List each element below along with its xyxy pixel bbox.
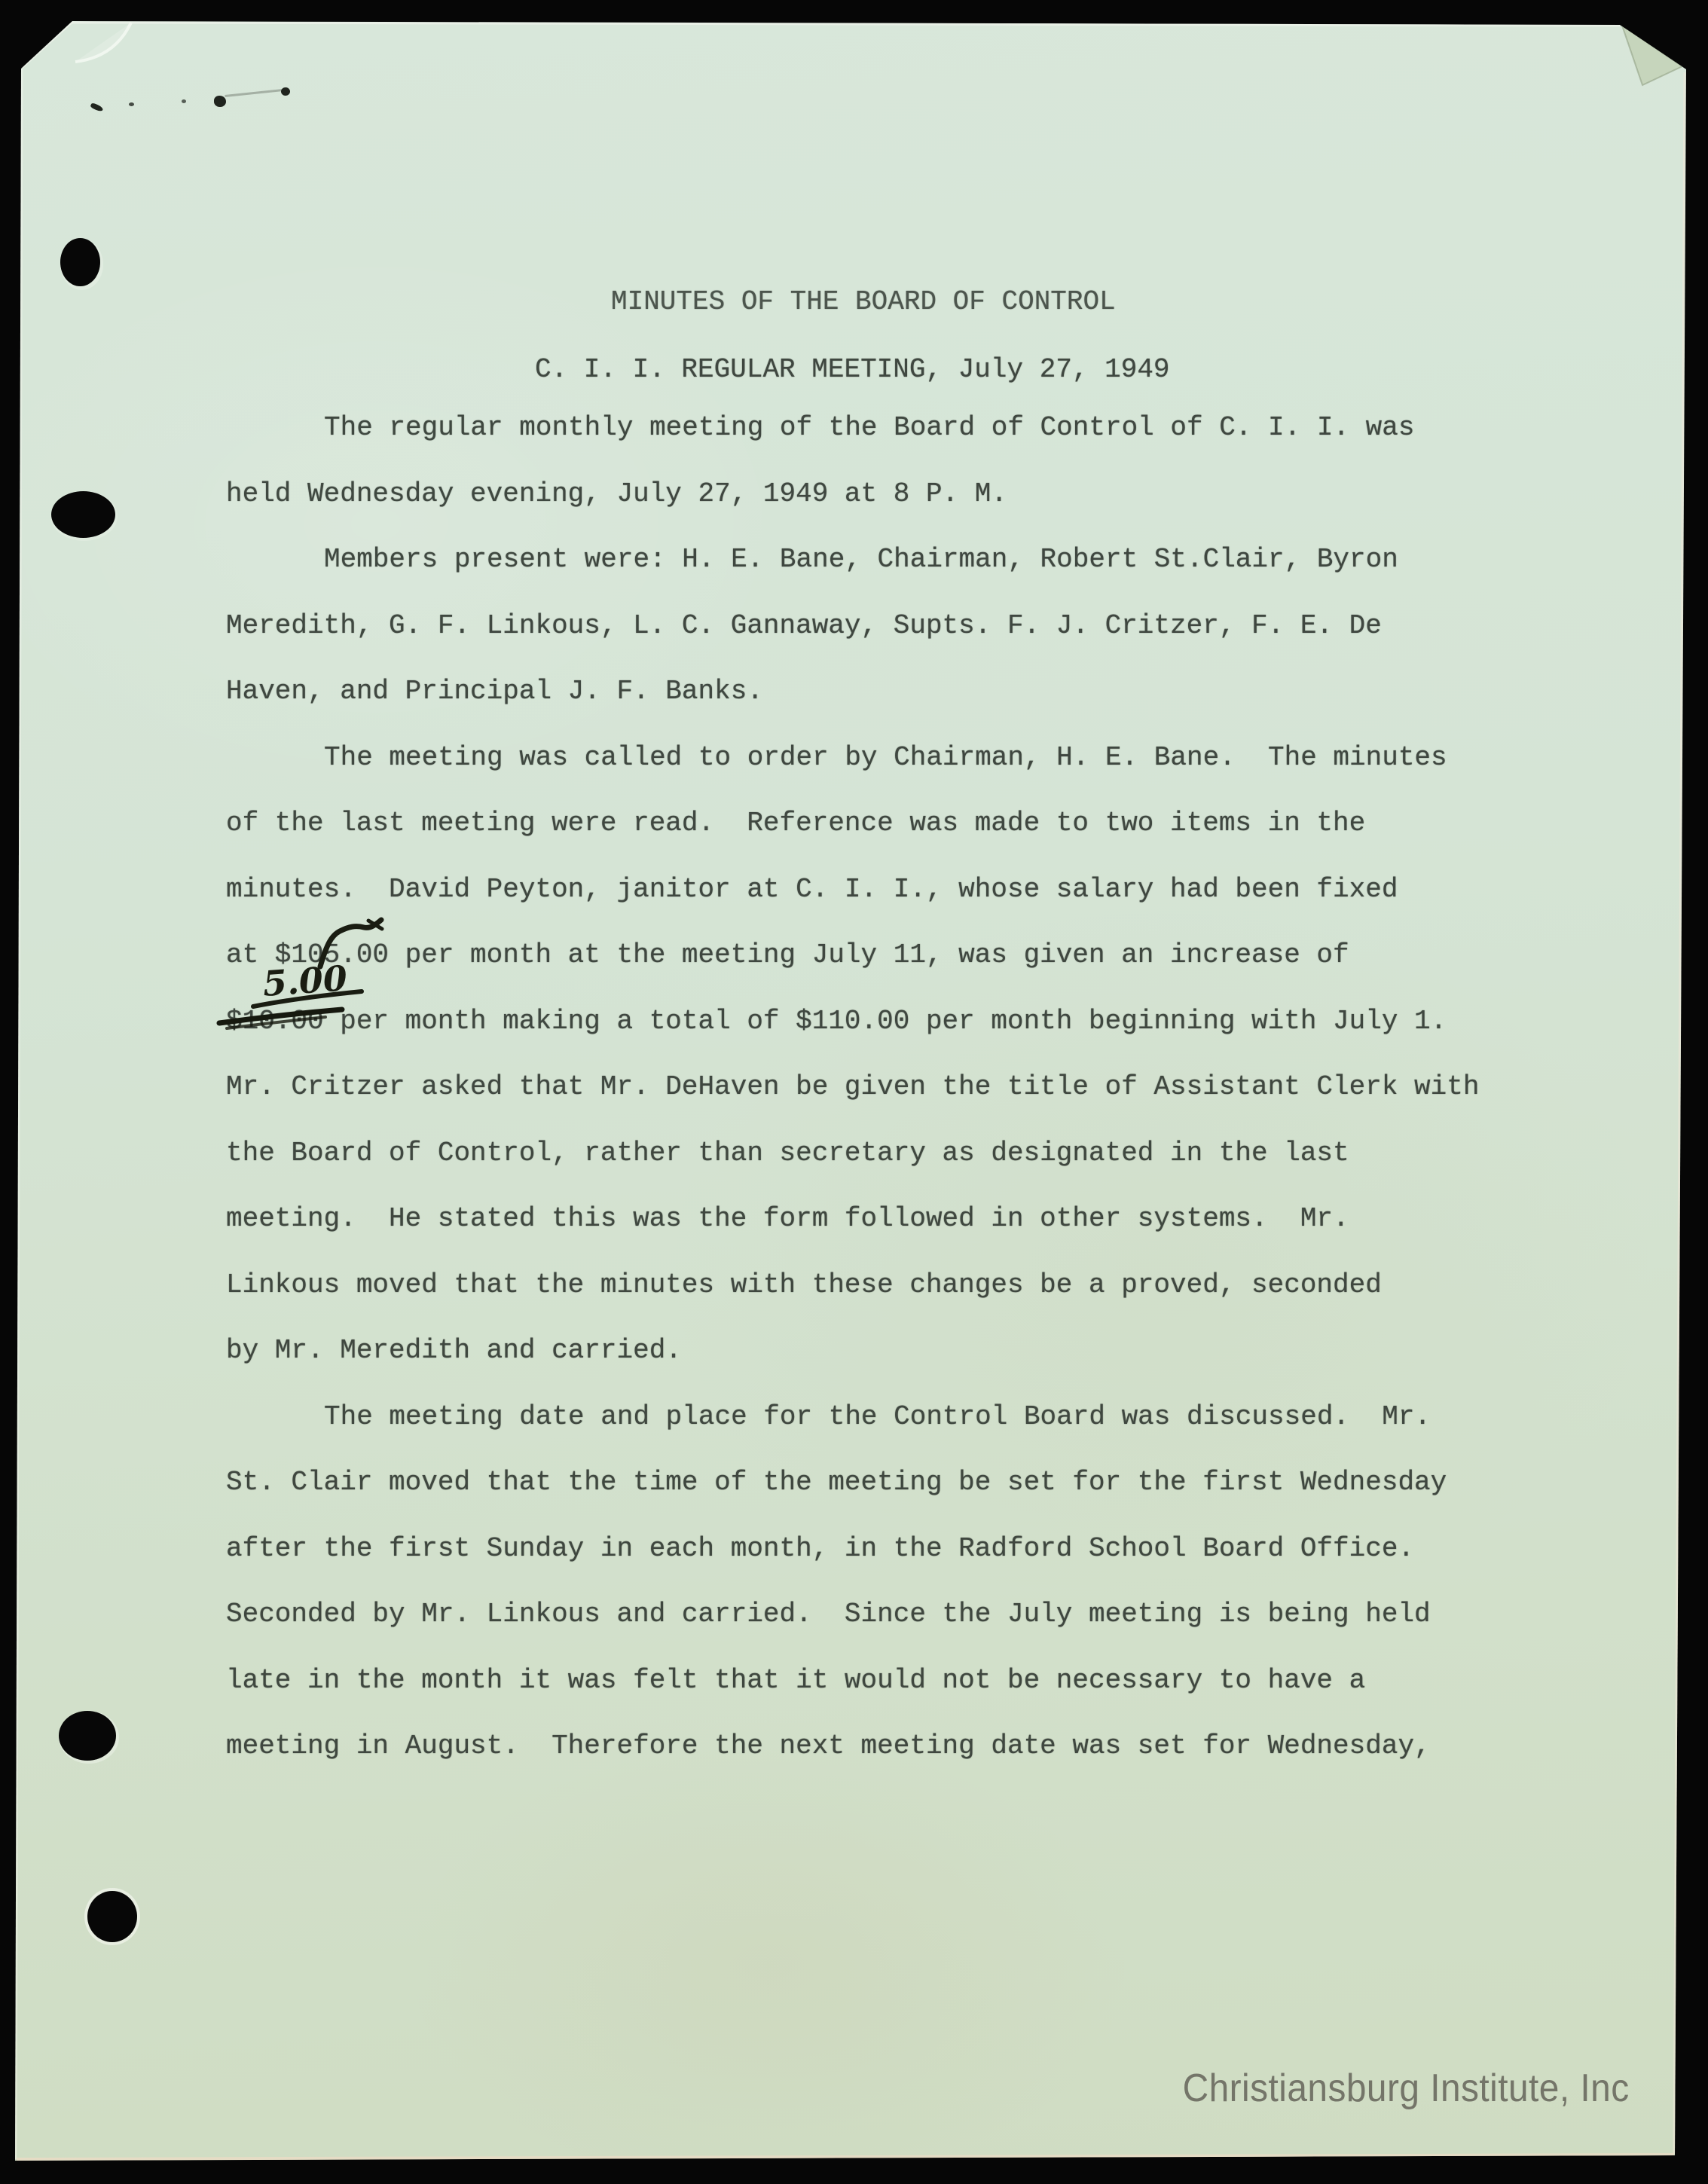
document-subtitle: C. I. I. REGULAR MEETING, July 27, 1949 (535, 354, 1170, 385)
pencil-smudge (129, 102, 134, 106)
typed-line: at $105.00 per month at the meeting July… (226, 922, 1479, 988)
typed-line: Linkous moved that the minutes with thes… (226, 1252, 1479, 1318)
typed-line: by Mr. Meredith and carried. (226, 1318, 1479, 1384)
typed-line: meeting. He stated this was the form fol… (226, 1186, 1479, 1252)
typed-line: St. Clair moved that the time of the mee… (226, 1449, 1479, 1516)
typed-line: Members present were: H. E. Bane, Chairm… (226, 527, 1479, 593)
scan-background: MINUTES OF THE BOARD OF CONTROL C. I. I.… (0, 0, 1708, 2184)
typed-line: late in the month it was felt that it wo… (226, 1648, 1479, 1714)
punch-hole (59, 1711, 116, 1761)
paper-top-edge (72, 23, 1620, 26)
typed-line: Haven, and Principal J. F. Banks. (226, 658, 1479, 725)
folded-corner-top-right (1622, 26, 1682, 85)
typed-line: Mr. Critzer asked that Mr. DeHaven be gi… (226, 1054, 1479, 1120)
document-title: MINUTES OF THE BOARD OF CONTROL (611, 286, 1116, 317)
corner-cut-top-left (22, 22, 72, 68)
typed-line: Meredith, G. F. Linkous, L. C. Gannaway,… (226, 593, 1479, 659)
punch-hole (60, 238, 100, 286)
archive-watermark: Christiansburg Institute, Inc (1183, 2066, 1630, 2111)
typed-line: $10.00 per month making a total of $110.… (226, 988, 1479, 1055)
typed-line: Seconded by Mr. Linkous and carried. Sin… (226, 1581, 1479, 1648)
typed-line: minutes. David Peyton, janitor at C. I. … (226, 857, 1479, 923)
punch-hole (87, 1891, 137, 1942)
typed-line: The meeting was called to order by Chair… (226, 725, 1479, 791)
typed-line: meeting in August. Therefore the next me… (226, 1713, 1479, 1779)
document-page: MINUTES OF THE BOARD OF CONTROL C. I. I.… (0, 0, 1708, 2184)
pencil-smudge (281, 87, 290, 96)
paper-left-edge (16, 69, 22, 2159)
folded-corner-top-left (75, 23, 131, 62)
pencil-smudge (90, 102, 103, 112)
punch-hole (51, 491, 115, 538)
pencil-smudge (214, 96, 226, 107)
typed-line: of the last meeting were read. Reference… (226, 790, 1479, 857)
typed-line: The meeting date and place for the Contr… (226, 1384, 1479, 1450)
pencil-smudge (182, 99, 186, 103)
typed-line: the Board of Control, rather than secret… (226, 1120, 1479, 1187)
typed-line: held Wednesday evening, July 27, 1949 at… (226, 461, 1479, 527)
paper-right-edge (1674, 72, 1685, 2154)
typed-line: after the first Sunday in each month, in… (226, 1516, 1479, 1582)
pencil-smudge (225, 89, 283, 97)
typed-body: The regular monthly meeting of the Board… (226, 395, 1479, 1779)
paper-bottom-edge (17, 2155, 1674, 2159)
typed-line: The regular monthly meeting of the Board… (226, 395, 1479, 461)
